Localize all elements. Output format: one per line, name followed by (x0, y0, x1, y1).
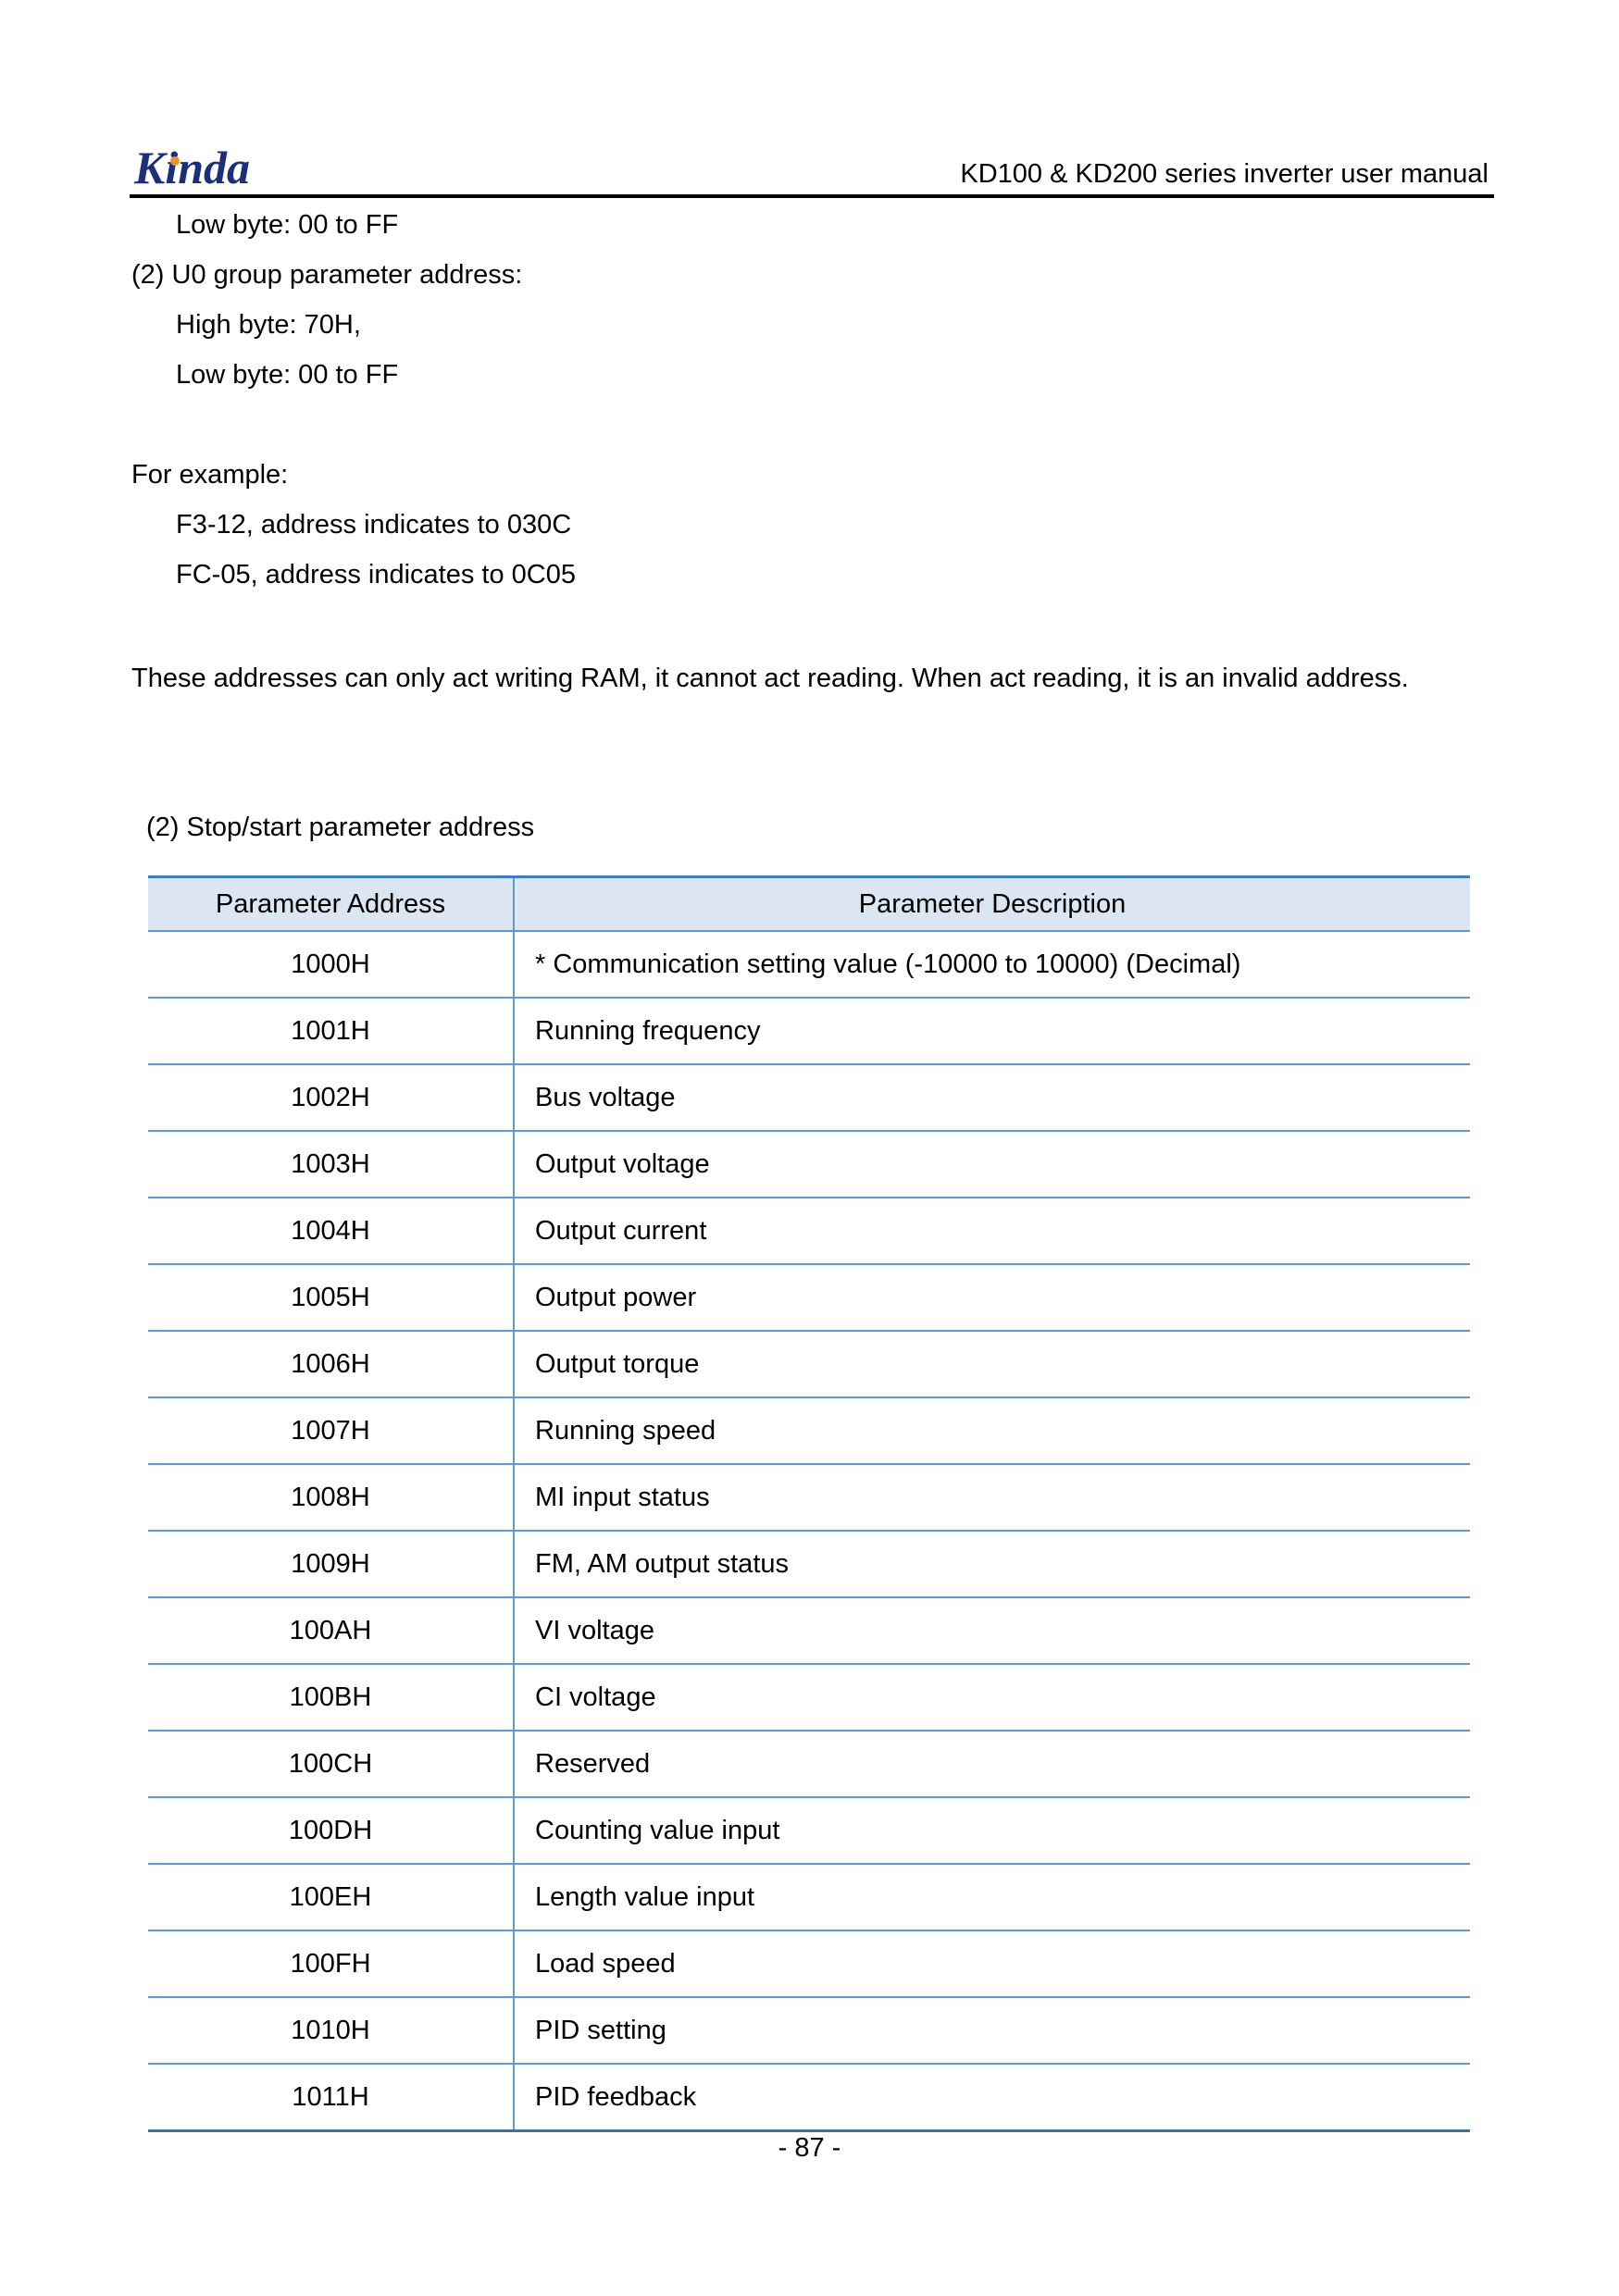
kinda-logo: Kinda (132, 139, 285, 192)
parameter-description-cell: Load speed (514, 1930, 1470, 1997)
parameter-description-cell: Reserved (514, 1731, 1470, 1797)
parameter-address-cell: 1001H (148, 998, 514, 1064)
table-row: 100CHReserved (148, 1731, 1470, 1797)
parameter-address-cell: 1008H (148, 1464, 514, 1531)
table-row: 1001HRunning frequency (148, 998, 1470, 1064)
parameter-description-cell: Output power (514, 1264, 1470, 1331)
parameter-address-cell: 1011H (148, 2064, 514, 2131)
parameter-description-cell: MI input status (514, 1464, 1470, 1531)
parameter-address-cell: 1004H (148, 1198, 514, 1264)
parameter-address-cell: 1005H (148, 1264, 514, 1331)
table-row: 1004HOutput current (148, 1198, 1470, 1264)
parameter-description-cell: Output current (514, 1198, 1470, 1264)
table-row: 1002HBus voltage (148, 1064, 1470, 1131)
parameter-description-cell: CI voltage (514, 1664, 1470, 1731)
parameter-address-cell: 1010H (148, 1997, 514, 2064)
table-row: 1011HPID feedback (148, 2064, 1470, 2131)
table-row: 100FHLoad speed (148, 1930, 1470, 1997)
example-label: For example: (131, 459, 288, 490)
table-row: 100EHLength value input (148, 1864, 1470, 1930)
example-line: FC-05, address indicates to 0C05 (176, 559, 576, 590)
table-row: 100AHVI voltage (148, 1597, 1470, 1664)
parameter-description-cell: PID setting (514, 1997, 1470, 2064)
parameter-description-cell: Counting value input (514, 1797, 1470, 1864)
parameter-description-cell: Length value input (514, 1864, 1470, 1930)
table-header-row: Parameter Address Parameter Description (148, 877, 1470, 932)
high-byte-line: High byte: 70H, (176, 309, 361, 341)
note-paragraph: These addresses can only act writing RAM… (131, 653, 1495, 703)
example-line: F3-12, address indicates to 030C (176, 509, 571, 540)
parameter-description-cell: * Communication setting value (-10000 to… (514, 931, 1470, 998)
table-row: 1008HMI input status (148, 1464, 1470, 1531)
parameter-address-cell: 100EH (148, 1864, 514, 1930)
u0-group-heading: (2) U0 group parameter address: (131, 259, 522, 291)
page-number: - 87 - (0, 2133, 1619, 2164)
parameter-address-cell: 1009H (148, 1531, 514, 1597)
table-row: 100BHCI voltage (148, 1664, 1470, 1731)
parameter-address-cell: 1002H (148, 1064, 514, 1131)
section-title: (2) Stop/start parameter address (146, 812, 534, 843)
low-byte-line-2: Low byte: 00 to FF (176, 359, 398, 391)
column-header-address: Parameter Address (148, 877, 514, 932)
column-header-description: Parameter Description (514, 877, 1470, 932)
table-row: 1005HOutput power (148, 1264, 1470, 1331)
parameter-address-cell: 100FH (148, 1930, 514, 1997)
parameter-description-cell: Running frequency (514, 998, 1470, 1064)
table-row: 1009HFM, AM output status (148, 1531, 1470, 1597)
document-title: KD100 & KD200 series inverter user manua… (960, 159, 1488, 190)
parameter-address-cell: 100DH (148, 1797, 514, 1864)
table-row: 1010HPID setting (148, 1997, 1470, 2064)
parameter-description-cell: VI voltage (514, 1597, 1470, 1664)
parameter-address-cell: 1000H (148, 931, 514, 998)
parameter-description-cell: Output torque (514, 1331, 1470, 1397)
table-row: 1003HOutput voltage (148, 1131, 1470, 1198)
parameter-address-cell: 1006H (148, 1331, 514, 1397)
logo-wordmark: Kinda (133, 142, 250, 192)
parameter-table: Parameter Address Parameter Description … (148, 875, 1470, 2132)
parameter-address-cell: 1007H (148, 1397, 514, 1464)
low-byte-line: Low byte: 00 to FF (176, 209, 398, 241)
parameter-address-cell: 100AH (148, 1597, 514, 1664)
table-row: 1006HOutput torque (148, 1331, 1470, 1397)
table-row: 1000H* Communication setting value (-100… (148, 931, 1470, 998)
parameter-address-cell: 1003H (148, 1131, 514, 1198)
logo-dot-icon (170, 156, 180, 166)
header-divider (130, 194, 1494, 198)
parameter-address-cell: 100BH (148, 1664, 514, 1731)
parameter-description-cell: Output voltage (514, 1131, 1470, 1198)
parameter-address-cell: 100CH (148, 1731, 514, 1797)
parameter-description-cell: Bus voltage (514, 1064, 1470, 1131)
parameter-description-cell: Running speed (514, 1397, 1470, 1464)
parameter-description-cell: PID feedback (514, 2064, 1470, 2131)
parameter-description-cell: FM, AM output status (514, 1531, 1470, 1597)
table-row: 1007HRunning speed (148, 1397, 1470, 1464)
table-row: 100DHCounting value input (148, 1797, 1470, 1864)
